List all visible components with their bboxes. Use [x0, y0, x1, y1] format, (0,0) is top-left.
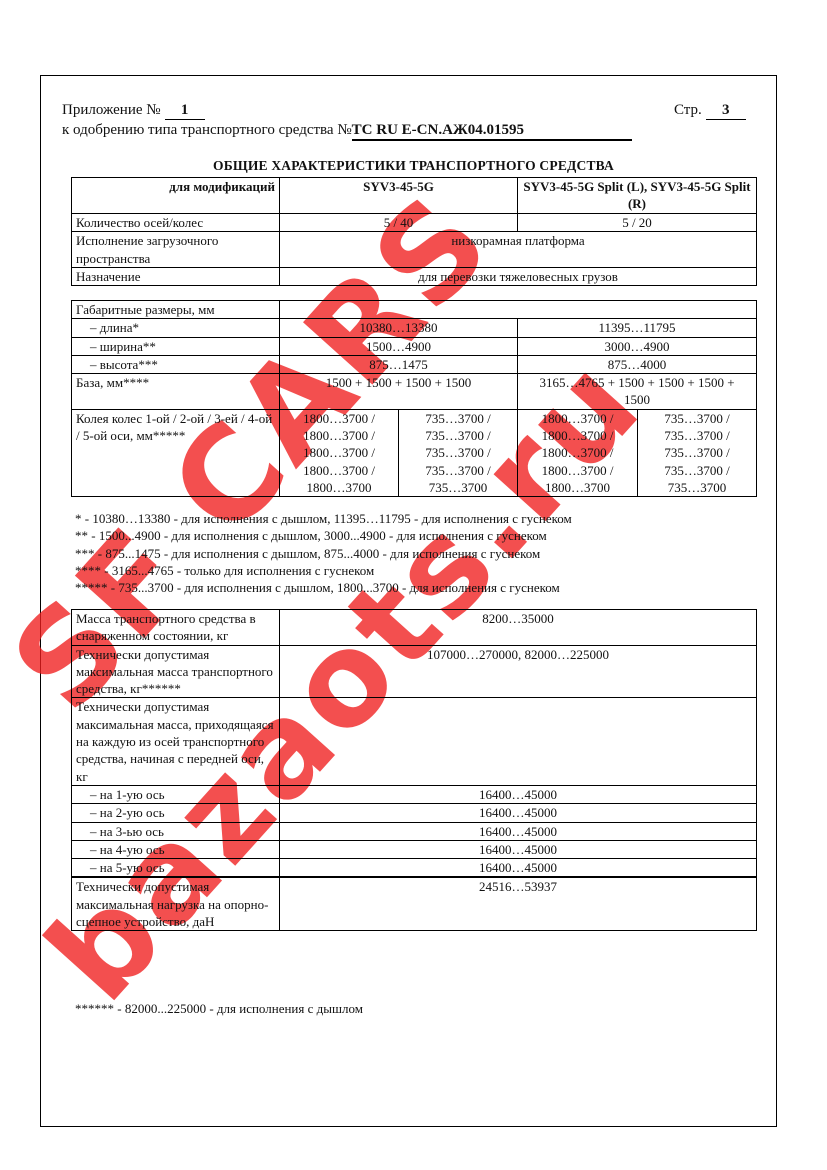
row-label: Количество осей/колес	[72, 214, 280, 232]
track-col: 1800…3700 /1800…3700 /1800…3700 /1800…37…	[280, 409, 399, 496]
footnote: ****** - 82000...225000 - для исполнения…	[75, 1000, 363, 1017]
track-value: 735…3700 /	[642, 427, 752, 444]
axle-mass-empty	[280, 698, 757, 785]
table-row: – на 2-ую ось 16400…45000	[72, 804, 757, 822]
coupling-value: 24516…53937	[280, 877, 757, 930]
appendix-label: Приложение №	[62, 102, 161, 118]
width-label: – ширина**	[72, 337, 280, 355]
footnotes-dimensions: * - 10380…13380 - для исполнения с дышло…	[75, 510, 572, 596]
axle-label: – на 3-ью ось	[72, 822, 280, 840]
height-value-1: 875…1475	[280, 355, 518, 373]
table-row: Исполнение загрузочного пространства низ…	[72, 232, 757, 268]
track-value: 1800…3700 /	[522, 410, 633, 427]
table-row: – на 4-ую ось 16400…45000	[72, 840, 757, 858]
track-value: 1800…3700 /	[284, 444, 394, 461]
coupling-label: Технически допустимая максимальная нагру…	[72, 877, 280, 930]
row-value: 5 / 40	[280, 214, 518, 232]
track-value: 735…3700 /	[642, 462, 752, 479]
max-mass-label: Технически допустимая максимальная масса…	[72, 645, 280, 698]
track-value: 735…3700 /	[403, 410, 513, 427]
footnote: * - 10380…13380 - для исполнения с дышло…	[75, 510, 572, 527]
table-row: – на 1-ую ось 16400…45000	[72, 785, 757, 803]
row-value: 5 / 20	[518, 214, 757, 232]
axle-value: 16400…45000	[280, 840, 757, 858]
width-value-2: 3000…4900	[518, 337, 757, 355]
footnote: *** - 875...1475 - для исполнения с дышл…	[75, 545, 572, 562]
table-row: – длина* 10380…13380 11395…11795	[72, 319, 757, 337]
track-value: 735…3700 /	[403, 462, 513, 479]
axle-label: – на 1-ую ось	[72, 785, 280, 803]
page-number: 3	[706, 102, 746, 120]
height-value-2: 875…4000	[518, 355, 757, 373]
table-row: Колея колес 1-ой / 2-ой / 3-ей / 4-ой / …	[72, 409, 757, 496]
track-value: 1800…3700	[284, 479, 394, 496]
footnote: ** - 1500...4900 - для исполнения с дышл…	[75, 527, 572, 544]
curb-mass-value: 8200…35000	[280, 610, 757, 646]
row-label: Исполнение загрузочного пространства	[72, 232, 280, 268]
axle-label: – на 2-ую ось	[72, 804, 280, 822]
axle-label: – на 4-ую ось	[72, 840, 280, 858]
general-table: для модификаций SYV3-45-5G SYV3-45-5G Sp…	[71, 177, 757, 286]
track-value: 1800…3700 /	[522, 427, 633, 444]
track-col: 735…3700 /735…3700 /735…3700 /735…3700 /…	[638, 409, 757, 496]
approval-line: к одобрению типа транспортного средства …	[62, 122, 632, 141]
width-value-1: 1500…4900	[280, 337, 518, 355]
track-value: 735…3700 /	[403, 444, 513, 461]
track-col: 1800…3700 /1800…3700 /1800…3700 /1800…37…	[518, 409, 638, 496]
axle-label: – на 5-ую ось	[72, 859, 280, 878]
track-value: 735…3700	[403, 479, 513, 496]
track-value: 1800…3700 /	[522, 462, 633, 479]
curb-mass-label: Масса транспортного средства в снаряженн…	[72, 610, 280, 646]
table-row: – на 3-ью ось 16400…45000	[72, 822, 757, 840]
table-row: Назначение для перевозки тяжеловесных гр…	[72, 267, 757, 285]
track-value: 1800…3700 /	[522, 444, 633, 461]
table-row: Технически допустимая максимальная масса…	[72, 698, 757, 785]
axle-mass-label: Технически допустимая максимальная масса…	[72, 698, 280, 785]
track-value: 1800…3700 /	[284, 462, 394, 479]
mass-table: Масса транспортного средства в снаряженн…	[71, 609, 757, 931]
base-value-1: 1500 + 1500 + 1500 + 1500	[280, 374, 518, 410]
track-value: 735…3700 /	[403, 427, 513, 444]
footnote: ***** - 735...3700 - для исполнения с ды…	[75, 579, 572, 596]
track-value: 1800…3700 /	[284, 427, 394, 444]
table-row: – на 5-ую ось 16400…45000	[72, 859, 757, 878]
document-title: ОБЩИЕ ХАРАКТЕРИСТИКИ ТРАНСПОРТНОГО СРЕДС…	[0, 158, 827, 174]
appendix-number: 1	[165, 102, 205, 120]
length-label: – длина*	[72, 319, 280, 337]
table-row: Масса транспортного средства в снаряженн…	[72, 610, 757, 646]
length-value-2: 11395…11795	[518, 319, 757, 337]
table-row: Габаритные размеры, мм	[72, 301, 757, 319]
axle-value: 16400…45000	[280, 859, 757, 878]
axle-value: 16400…45000	[280, 785, 757, 803]
footnote: **** - 3165...4765 - только для исполнен…	[75, 562, 572, 579]
modifications-header: для модификаций	[72, 178, 280, 214]
track-col: 735…3700 /735…3700 /735…3700 /735…3700 /…	[399, 409, 518, 496]
dims-empty	[280, 301, 757, 319]
track-value: 735…3700 /	[642, 444, 752, 461]
table-row: – ширина** 1500…4900 3000…4900	[72, 337, 757, 355]
table-row: Количество осей/колес 5 / 40 5 / 20	[72, 214, 757, 232]
track-value: 1800…3700 /	[284, 410, 394, 427]
row-value: для перевозки тяжеловесных грузов	[280, 267, 757, 285]
page-indicator: Стр.3	[674, 102, 746, 120]
dimensions-table: Габаритные размеры, мм – длина* 10380…13…	[71, 300, 757, 497]
track-label: Колея колес 1-ой / 2-ой / 3-ей / 4-ой / …	[72, 409, 280, 496]
height-label: – высота***	[72, 355, 280, 373]
approval-label: к одобрению типа транспортного средства …	[62, 122, 352, 138]
base-value-2: 3165…4765 + 1500 + 1500 + 1500 + 1500	[518, 374, 757, 410]
model-1-header: SYV3-45-5G	[280, 178, 518, 214]
track-value: 735…3700 /	[642, 410, 752, 427]
table-row: – высота*** 875…1475 875…4000	[72, 355, 757, 373]
track-value: 1800…3700	[522, 479, 633, 496]
row-label: Назначение	[72, 267, 280, 285]
table-row: База, мм**** 1500 + 1500 + 1500 + 1500 3…	[72, 374, 757, 410]
footnotes-mass: ****** - 82000...225000 - для исполнения…	[75, 1000, 363, 1017]
axle-value: 16400…45000	[280, 822, 757, 840]
approval-number: ТС RU E-CN.АЖ04.01595	[352, 122, 632, 141]
max-mass-value: 107000…270000, 82000…225000	[280, 645, 757, 698]
model-2-header: SYV3-45-5G Split (L), SYV3-45-5G Split (…	[518, 178, 757, 214]
page-label: Стр.	[674, 102, 702, 118]
length-value-1: 10380…13380	[280, 319, 518, 337]
axle-value: 16400…45000	[280, 804, 757, 822]
row-value: низкорамная платформа	[280, 232, 757, 268]
table-header-row: для модификаций SYV3-45-5G SYV3-45-5G Sp…	[72, 178, 757, 214]
table-row: Технически допустимая максимальная нагру…	[72, 877, 757, 930]
track-value: 735…3700	[642, 479, 752, 496]
appendix-line: Приложение №1	[62, 102, 205, 120]
table-row: Технически допустимая максимальная масса…	[72, 645, 757, 698]
dims-label: Габаритные размеры, мм	[72, 301, 280, 319]
base-label: База, мм****	[72, 374, 280, 410]
